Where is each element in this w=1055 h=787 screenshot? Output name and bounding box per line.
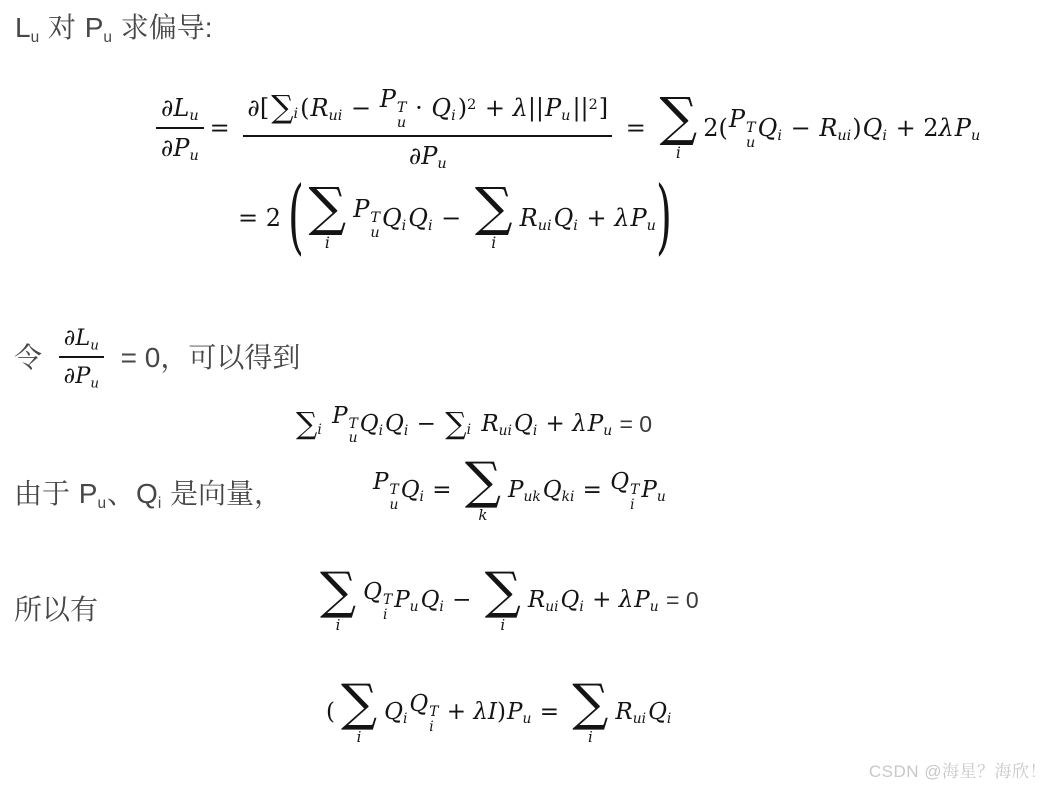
math-base: Q	[421, 587, 440, 613]
math-base: Q	[431, 94, 451, 122]
summation-index: i	[500, 618, 505, 633]
paren-content: ∑iPTuQiQi − ∑iRuiQi + λPu	[302, 184, 656, 251]
math-supsub-stack: Ti	[383, 593, 392, 622]
math-scripted: Qi	[136, 476, 161, 511]
math-operator: = 0，可以得到	[113, 340, 300, 375]
math-operator: 求偏导:	[113, 10, 213, 45]
math-scripted: Rui	[615, 698, 646, 727]
math-subscript: i	[379, 422, 383, 438]
math-subscript: u	[349, 431, 358, 445]
math-subscript: u	[189, 108, 198, 124]
math-base: Q	[561, 587, 580, 613]
math-subscript: u	[647, 218, 656, 234]
math-base: R	[310, 94, 328, 122]
summation-index: i	[317, 422, 321, 438]
math-subscript: i	[882, 128, 887, 144]
math-operator: =	[575, 476, 609, 505]
math-superscript: 2	[589, 96, 598, 112]
math-operator: 是向量，	[162, 476, 282, 511]
math-superscript: T	[746, 121, 756, 136]
math-operator: −	[343, 93, 378, 123]
math-scripted: Rui	[819, 113, 851, 143]
summation-symbol: ∑	[271, 90, 293, 126]
math-subscript: u	[31, 29, 40, 46]
math-base: P	[394, 587, 409, 613]
math-plain-text: = 0	[660, 586, 699, 615]
math-subscript: u	[746, 136, 756, 151]
math-base: P	[588, 411, 603, 437]
summation-index: i	[467, 422, 471, 438]
math-operator: +	[585, 586, 619, 615]
math-subscript: u	[971, 128, 980, 144]
math-subscript: i	[404, 422, 408, 438]
summation-symbol: ∑	[485, 568, 521, 615]
math-base: P	[85, 12, 104, 43]
math-operator: )	[497, 698, 506, 727]
math-operator: −	[409, 410, 443, 439]
math-supsub-stack: Tu	[349, 417, 358, 446]
math-subscript: u	[370, 226, 380, 241]
inline-summation: ∑i	[271, 91, 298, 124]
math-base: ∂L	[161, 94, 189, 122]
math-scripted: Qi	[408, 203, 432, 233]
math-base: P	[79, 478, 98, 509]
csdn-watermark: CSDN @海星？海欣！	[869, 757, 1047, 782]
math-base: P	[634, 587, 649, 613]
math-operator: 对	[40, 10, 84, 45]
math-subscript: u	[397, 116, 407, 131]
math-scripted: Pu	[955, 113, 980, 143]
math-base: )	[458, 94, 467, 122]
summation-index: i	[336, 618, 341, 633]
formula-derivative-expansion: ∂Lu∂Pu= ∂[∑i(Rui − PTu · Qi)2 + λ||Pu||2…	[150, 84, 981, 171]
math-plain-text: = 0	[613, 410, 652, 439]
math-operator: 、	[107, 476, 135, 511]
summation: ∑i	[308, 184, 346, 251]
math-subscript: i	[451, 108, 456, 124]
math-operator: =	[618, 113, 653, 143]
math-operator	[473, 410, 480, 439]
math-scripted: PTu	[353, 194, 380, 241]
math-subscript: u	[650, 599, 659, 615]
math-superscript: T	[429, 705, 438, 719]
vectors-note-line: 由于 Pu、Qi 是向量，	[14, 476, 282, 511]
math-operator: 令	[14, 340, 50, 375]
math-superscript: T	[349, 417, 358, 431]
math-base: P	[353, 195, 369, 223]
math-superscript: T	[630, 483, 639, 497]
math-base: P	[380, 85, 396, 113]
math-subscript: i	[533, 422, 537, 438]
math-scripted: QTi	[409, 690, 438, 734]
inline-summation: ∑i	[296, 409, 322, 439]
math-scripted: Qki	[543, 476, 575, 505]
math-base: Q	[543, 477, 562, 503]
summation-symbol: ∑	[445, 406, 466, 441]
math-base: Q	[610, 469, 629, 495]
open-paren: (	[288, 184, 304, 251]
math-base: P	[332, 403, 347, 429]
math-operator: −	[434, 203, 469, 233]
summation-symbol: ∑	[572, 680, 608, 727]
math-operator: ||	[528, 93, 544, 123]
fraction-numerator: ∂[∑i(Rui − PTu · Qi)2 + λ||Pu||2]	[243, 84, 612, 137]
math-supsub-stack: Tu	[397, 101, 407, 131]
fraction: ∂[∑i(Rui − PTu · Qi)2 + λ||Pu||2]∂Pu	[243, 84, 612, 171]
math-variable: λ	[614, 203, 629, 233]
math-subscript: ui	[538, 218, 552, 234]
math-subscript: u	[90, 376, 99, 391]
math-operator: 2(	[703, 113, 728, 143]
formula-final-solution: (∑iQiQTi + λI)Pu = ∑iRuiQi	[326, 680, 672, 744]
math-base: Q	[360, 411, 379, 437]
math-subscript: i	[383, 608, 392, 622]
formula-zero-condition: ∑i PTuQiQi − ∑i RuiQi + λPu = 0	[294, 402, 652, 446]
math-operator: +	[579, 203, 614, 233]
parenthesized-group: (∑iPTuQiQi − ∑iRuiQi + λPu)	[289, 184, 671, 251]
math-base: Q	[408, 204, 428, 232]
summation-index: i	[588, 730, 593, 745]
math-base: P	[373, 469, 388, 495]
math-variable: λI	[473, 698, 497, 727]
math-scripted: Qi	[554, 203, 578, 233]
math-scripted: Rui	[520, 203, 552, 233]
math-scripted: Qi	[648, 698, 671, 727]
summation: ∑i	[660, 94, 698, 161]
math-operator: =	[425, 476, 459, 505]
math-scripted: Qi	[431, 93, 455, 123]
math-scripted: Qi	[421, 586, 444, 615]
math-subscript: u	[561, 108, 570, 124]
fraction-denominator: ∂Pu	[63, 361, 100, 390]
math-subscript: u	[603, 422, 612, 438]
math-subscript: i	[402, 218, 407, 234]
math-scripted: Pu	[588, 410, 612, 439]
math-variable: λ	[513, 93, 528, 123]
math-subscript: ui	[633, 711, 646, 727]
heading-partial-derivative: Lu 对 Pu 求偏导:	[14, 10, 213, 45]
math-scripted: Qi	[758, 113, 782, 143]
summation-index: i	[293, 106, 298, 122]
math-subscript: i	[777, 128, 782, 144]
math-subscript: i	[579, 599, 583, 615]
math-base: Q	[409, 691, 428, 717]
math-base: R	[520, 204, 538, 232]
math-operator: −	[445, 586, 479, 615]
math-base: P	[641, 477, 656, 503]
math-supsub-stack: Tu	[389, 483, 398, 512]
math-base: R	[481, 411, 498, 437]
math-subscript: u	[410, 599, 419, 615]
math-scripted: ∂Pu	[409, 141, 447, 171]
math-scripted: Pu	[394, 586, 418, 615]
math-operator: )	[852, 113, 861, 143]
math-scripted: Pu	[507, 698, 531, 727]
math-superscript: T	[370, 211, 380, 226]
summation-symbol: ∑	[475, 184, 513, 233]
math-subscript: u	[103, 29, 112, 46]
fraction-numerator: ∂Lu	[156, 93, 204, 129]
math-subscript: i	[667, 711, 671, 727]
math-scripted: PTu	[380, 84, 407, 131]
summation-symbol: ∑	[296, 406, 317, 441]
math-base: Q	[401, 477, 420, 503]
math-operator: (	[326, 698, 335, 727]
math-base: P	[508, 477, 523, 503]
math-variable: λ	[572, 410, 587, 439]
summation: ∑i	[572, 680, 608, 744]
math-base: Q	[384, 699, 403, 725]
math-subscript: u	[389, 498, 398, 512]
math-subscript: i	[630, 498, 639, 512]
math-scripted: Pu	[634, 586, 658, 615]
math-scripted: Qi	[514, 410, 537, 439]
math-superscript: 2	[467, 96, 476, 112]
summation-symbol: ∑	[660, 94, 698, 143]
math-operator: =	[532, 698, 566, 727]
summation: ∑i	[320, 568, 356, 632]
math-base: Q	[136, 478, 158, 509]
math-scripted: Pu	[79, 476, 106, 511]
math-supsub-stack: Tu	[370, 211, 380, 241]
math-subscript: u	[189, 148, 198, 164]
math-subscript: i	[403, 711, 407, 727]
math-subscript: i	[428, 218, 433, 234]
math-variable: ∂	[247, 93, 259, 123]
math-scripted: Qi	[360, 410, 383, 439]
math-scripted: PTu	[729, 104, 756, 151]
math-scripted: ∂Lu	[64, 324, 99, 352]
math-operator: ·	[408, 93, 431, 123]
summation-symbol: ∑	[465, 458, 501, 505]
math-operator: + 2	[888, 113, 939, 143]
math-base: P	[507, 699, 522, 725]
math-scripted: Rui	[481, 410, 512, 439]
summation: ∑k	[465, 458, 501, 522]
close-paren: )	[656, 184, 672, 251]
formula-derivative-factored: = 2 (∑iPTuQiQi − ∑iRuiQi + λPu)	[238, 184, 671, 251]
summation-index: i	[491, 236, 496, 252]
math-base: Q	[385, 411, 404, 437]
math-supsub-stack: Tu	[746, 121, 756, 151]
math-subscript: ui	[837, 128, 851, 144]
math-base: ||	[572, 94, 588, 122]
set-derivative-zero-line: 令 ∂Lu∂Pu = 0，可以得到	[14, 324, 300, 390]
summation: ∑i	[475, 184, 513, 251]
math-operator: +	[538, 410, 572, 439]
math-scripted: ∂Pu	[161, 133, 199, 163]
math-subscript: i	[429, 720, 438, 734]
math-scripted: Lu	[15, 10, 39, 45]
fraction-numerator: ∂Lu	[59, 324, 104, 358]
math-scripted: Rui	[310, 93, 342, 123]
math-scripted: Pu	[630, 203, 655, 233]
math-base: P	[630, 204, 646, 232]
math-operator: +	[477, 93, 512, 123]
summation-index: i	[325, 236, 330, 252]
fraction: ∂Lu∂Pu	[59, 324, 104, 390]
math-operator: +	[439, 698, 473, 727]
math-base: P	[955, 114, 971, 142]
math-subscript: i	[573, 218, 578, 234]
math-operator: 由于	[14, 476, 78, 511]
math-operator: [	[260, 93, 269, 123]
math-superscript: T	[389, 483, 398, 497]
math-scripted: Qi	[561, 586, 584, 615]
document-page: Lu 对 Pu 求偏导: ∂Lu∂Pu= ∂[∑i(Rui − PTu · Qi…	[0, 0, 1055, 787]
math-base: ∂P	[409, 142, 438, 170]
math-subscript: uk	[523, 489, 540, 505]
math-subscript: u	[437, 156, 446, 172]
math-scripted: Qi	[385, 410, 408, 439]
math-operator: =	[210, 113, 238, 143]
inline-summation: ∑i	[445, 409, 471, 439]
summation-symbol: ∑	[308, 184, 346, 233]
math-base: ∂L	[64, 325, 90, 351]
formula-rewritten-zero: ∑iQTiPuQi − ∑iRuiQi + λPu = 0	[314, 568, 699, 632]
math-scripted: QTi	[610, 468, 639, 512]
math-scripted: Pu	[545, 93, 570, 123]
math-subscript: i	[420, 489, 424, 505]
fraction: ∂Lu∂Pu	[156, 93, 204, 163]
math-supsub-stack: Ti	[429, 705, 438, 734]
math-base: Q	[648, 699, 667, 725]
math-base: Q	[382, 204, 402, 232]
math-operator: ]	[599, 93, 608, 123]
summation-symbol: ∑	[341, 680, 377, 727]
math-subscript: ui	[545, 599, 558, 615]
math-base: L	[15, 12, 31, 43]
math-scripted: Qi	[863, 113, 887, 143]
math-base: R	[819, 114, 837, 142]
math-scripted: Pu	[85, 10, 112, 45]
math-base: Q	[863, 114, 883, 142]
math-base: R	[615, 699, 632, 725]
math-superscript: T	[397, 101, 407, 116]
math-operator: −	[783, 113, 818, 143]
math-scripted: QTi	[363, 578, 392, 622]
math-subscript: u	[523, 711, 532, 727]
therefore-line: 所以有	[14, 592, 98, 627]
math-base: R	[528, 587, 545, 613]
math-scripted: Rui	[528, 586, 559, 615]
math-scripted: PTu	[332, 402, 358, 446]
math-subscript: ui	[329, 108, 343, 124]
math-base: Q	[363, 579, 382, 605]
math-scripted: ||2	[572, 93, 597, 123]
math-subscript: ui	[499, 422, 512, 438]
summation: ∑i	[341, 680, 377, 744]
math-operator: (	[300, 93, 309, 123]
math-base: Q	[758, 114, 778, 142]
math-subscript: i	[439, 599, 443, 615]
math-scripted: ∂Pu	[64, 362, 99, 390]
math-base: Q	[554, 204, 574, 232]
math-operator: = 2	[238, 203, 289, 233]
math-base: P	[729, 105, 745, 133]
math-supsub-stack: Ti	[630, 483, 639, 512]
summation-symbol: ∑	[320, 568, 356, 615]
summation-index: i	[357, 730, 362, 745]
math-scripted: ∂Lu	[161, 93, 199, 123]
math-variable: λ	[939, 113, 954, 143]
summation: ∑i	[485, 568, 521, 632]
math-subscript: i	[158, 495, 161, 512]
summation-index: k	[478, 508, 487, 523]
math-operator	[324, 410, 331, 439]
math-base: ∂P	[161, 134, 190, 162]
math-base: Q	[514, 411, 533, 437]
math-scripted: Qi	[384, 698, 407, 727]
math-scripted: PTu	[373, 468, 399, 512]
math-subscript: u	[90, 338, 99, 353]
math-subscript: u	[657, 489, 666, 505]
summation-index: i	[676, 146, 681, 162]
math-superscript: T	[383, 593, 392, 607]
formula-transpose-identity: PTuQi = ∑kPukQki = QTiPu	[372, 458, 667, 522]
fraction-denominator: ∂Pu	[160, 132, 200, 163]
math-base: ∂P	[64, 363, 91, 389]
math-base: P	[545, 94, 561, 122]
math-scripted: )2	[458, 93, 477, 123]
math-scripted: Qi	[382, 203, 406, 233]
math-scripted: Qi	[401, 476, 424, 505]
math-scripted: Puk	[508, 476, 541, 505]
math-scripted: Pu	[641, 476, 665, 505]
math-variable: λ	[619, 586, 634, 615]
math-subscript: u	[97, 495, 106, 512]
math-subscript: ki	[562, 489, 575, 505]
fraction-denominator: ∂Pu	[408, 140, 448, 171]
